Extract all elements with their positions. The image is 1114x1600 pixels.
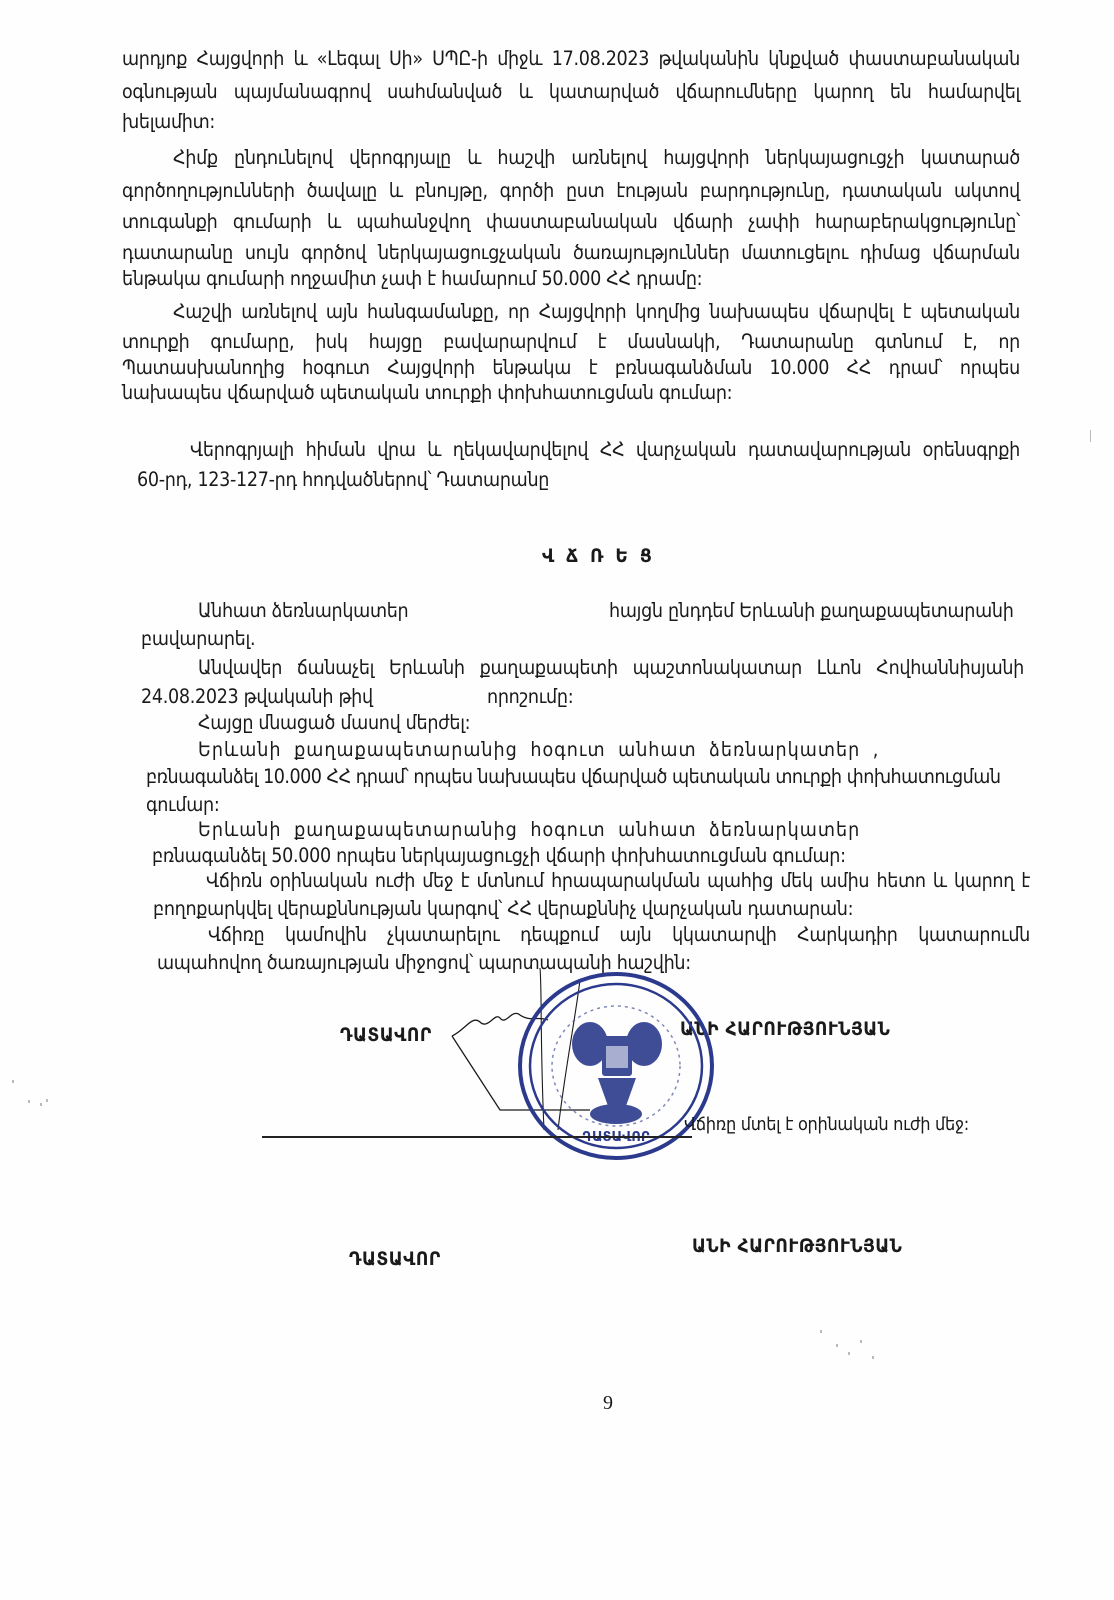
ruling-text: հայցն ընդդեմ Երևանի քաղաքապետարանի [609,598,1014,624]
ruling-text: Վճիռն օրինական ուժի մեջ է մտնում հրապարա… [206,868,1030,894]
ruling-text: որոշումը: [487,684,573,710]
decision-heading: Վ Ճ Ռ Ե Ց [542,545,655,567]
ruling-text: Երևանի քաղաքապետարանից հօգուտ անհատ ձեռն… [198,737,879,763]
text-line: օգնության պայմանագրով սահմանված և կատարվ… [122,79,1020,105]
page-number: 9 [603,1392,613,1415]
ruling-text: Անվավեր ճանաչել Երևանի քաղաքապետի պաշտոն… [198,655,1024,681]
ruling-text: 24.08.2023 թվականի թիվ [141,684,373,710]
ruling-text: Վճիռը կամովին չկատարելու դեպքում այն կկա… [208,922,1030,948]
judge-title: ԴԱՏԱՎՈՐ [340,1024,432,1046]
ruling-text: բռնագանձել 50.000 որպես ներկայացուցչի վճ… [152,843,846,869]
text-line: Հիմք ընդունելով վերոգրյալը և հաշվի առնել… [173,145,1020,171]
ruling-text: Երևանի քաղաքապետարանից հօգուտ անհատ ձեռն… [198,817,860,843]
signature-line [262,1136,692,1138]
text-line: ենթակա գումարի ողջամիտ չափ է համարում 50… [122,266,702,292]
text-line: նախապես վճարված պետական տուրքի փոխհատուց… [122,380,732,406]
text-line: տուրքի գումարը, իսկ հայցը բավարարվում է … [122,329,1020,355]
judge-title-2: ԴԱՏԱՎՈՐ [349,1248,441,1270]
text-line: դատարանը սույն գործով ներկայացուցչական ծ… [122,240,1020,266]
svg-text:ԴԱՏԱՎՈՐ: ԴԱՏԱՎՈՐ [582,1130,649,1145]
ruling-text: Հայցը մնացած մասով մերժել: [198,710,470,736]
ruling-text: բողոքարկվել վերաքննության կարգով՝ ՀՀ վեր… [153,896,853,922]
text-line: գործողությունների ծավալը և բնույթը, գործ… [122,178,1020,204]
ruling-text: բավարարել. [141,626,255,652]
effective-note: Վճիռը մտել է օրինական ուժի մեջ: [684,1112,969,1138]
text-line: խելամիտ: [122,109,215,135]
judge-name-2: ԱՆԻ ՀԱՐՈՒԹՅՈՒՆՅԱՆ [692,1235,902,1257]
ruling-text: բռնագանձել 10.000 ՀՀ դրամ՝ որպես նախապես… [146,764,1001,790]
ruling-text: գումար: [146,792,219,818]
text-line: Վերոգրյալի հիման վրա և ղեկավարվելով ՀՀ վ… [190,437,1020,463]
text-line: Պատասխանողից հօգուտ Հայցվորի ենթակա է բռ… [122,355,1020,381]
document-page: արդյոք Հայցվորի և «Լեգալ Սի» ՍՊԸ-ի միջև … [0,0,1114,1600]
text-line: 60-րդ, 123-127-րդ հոդվածներով՝ Դատարանը [137,467,549,493]
text-line: արդյոք Հայցվորի և «Լեգալ Սի» ՍՊԸ-ի միջև … [122,46,1020,72]
text-line: Հաշվի առնելով այն հանգամանքը, որ Հայցվոր… [173,299,1020,325]
ruling-text: Անհատ ձեռնարկատեր [198,598,408,624]
text-line: տուգանքի գումարի և պահանջվող փաստաբանակա… [122,209,1020,235]
